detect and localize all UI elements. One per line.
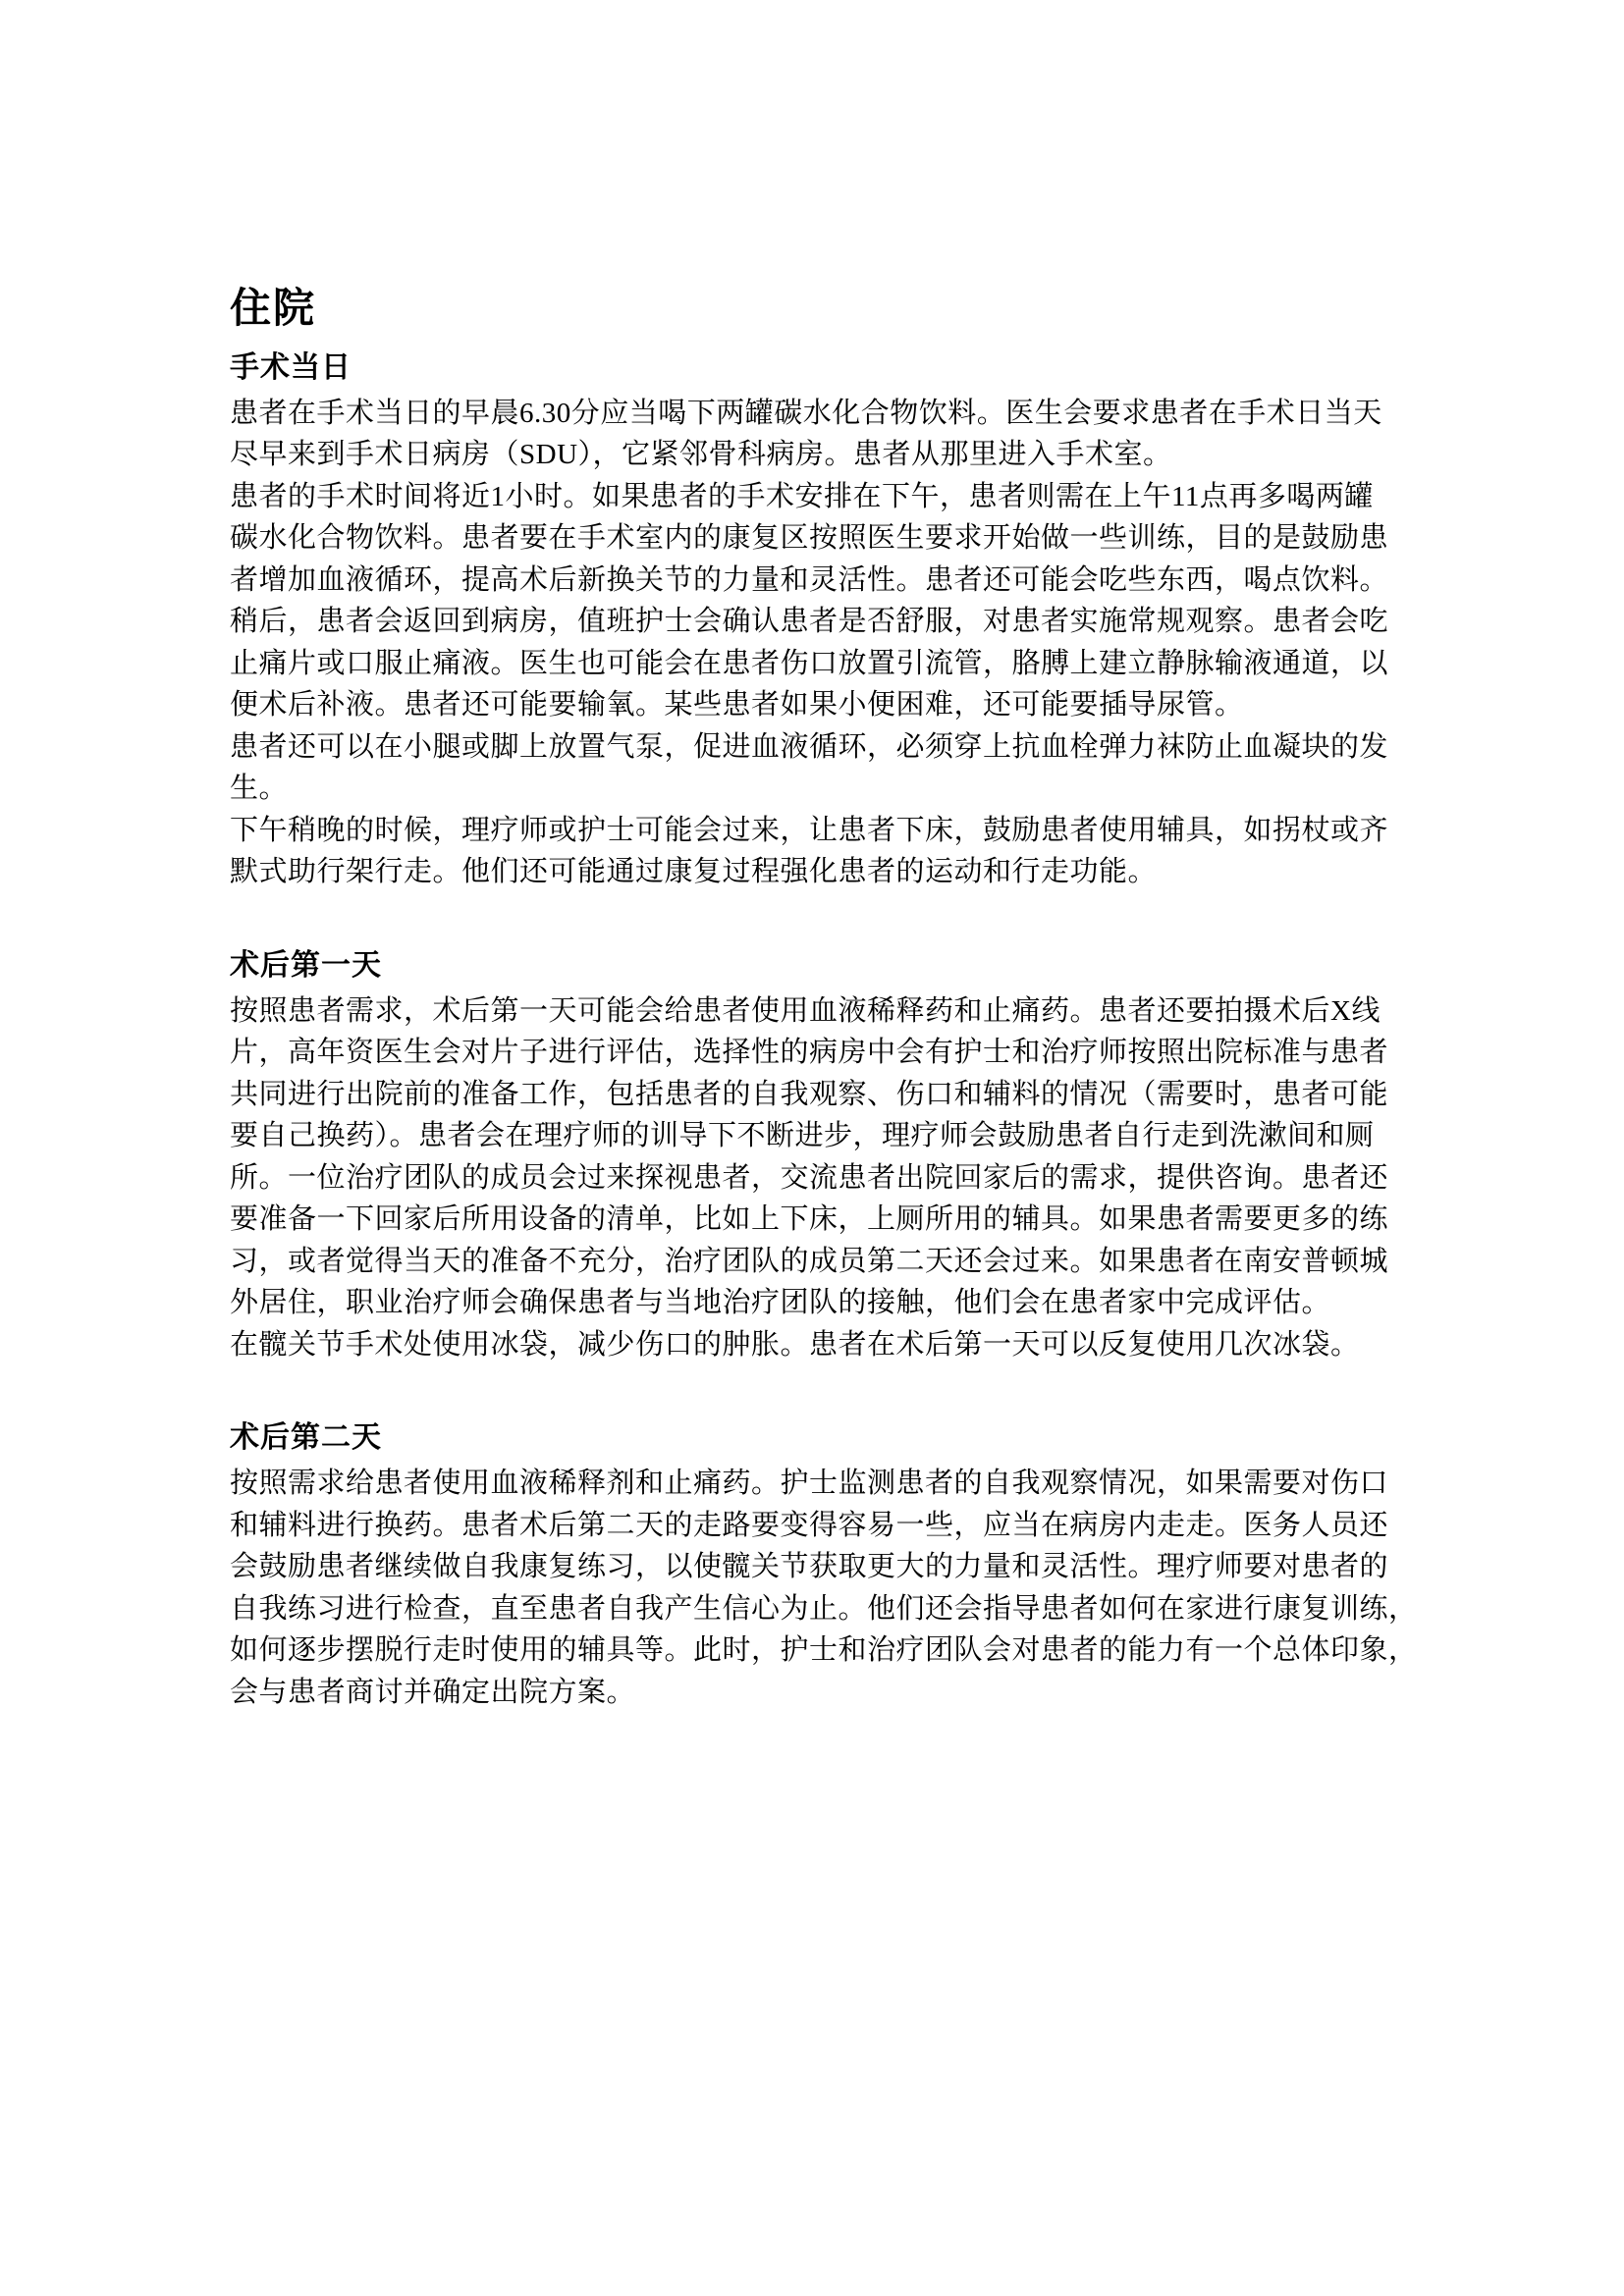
section-heading: 术后第二天: [230, 1420, 1404, 1456]
text-line: 默式助行架行走。他们还可能通过康复过程强化患者的运动和行走功能。: [230, 851, 1404, 893]
section-heading: 手术当日: [230, 350, 1404, 386]
text-line: 所。一位治疗团队的成员会过来探视患者，交流患者出院回家后的需求，提供咨询。患者还: [230, 1157, 1404, 1200]
section-body: 按照需求给患者使用血液稀释剂和止痛药。护士监测患者的自我观察情况，如果需要对伤口…: [230, 1463, 1404, 1713]
document-content: 住院 手术当日患者在手术当日的早晨6.30分应当喝下两罐碳水化合物饮料。医生会要…: [230, 283, 1404, 1768]
text-line: 患者还可以在小腿或脚上放置气泵，促进血液循环，必须穿上抗血栓弹力袜防止血凝块的发: [230, 726, 1404, 769]
sections-container: 手术当日患者在手术当日的早晨6.30分应当喝下两罐碳水化合物饮料。医生会要求患者…: [230, 350, 1404, 1714]
text-line: 片，高年资医生会对片子进行评估，选择性的病房中会有护士和治疗师按照出院标准与患者: [230, 1032, 1404, 1074]
text-line: 要准备一下回家后所用设备的清单，比如上下床，上厕所用的辅具。如果患者需要更多的练: [230, 1199, 1404, 1241]
section: 术后第二天按照需求给患者使用血液稀释剂和止痛药。护士监测患者的自我观察情况，如果…: [230, 1420, 1404, 1713]
text-line: 生。: [230, 768, 1404, 810]
text-line: 碳水化合物饮料。患者要在手术室内的康复区按照医生要求开始做一些训练，目的是鼓励患: [230, 517, 1404, 560]
text-line: 尽早来到手术日病房（SDU），它紧邻骨科病房。患者从那里进入手术室。: [230, 434, 1404, 476]
text-line: 和辅料进行换药。患者术后第二天的走路要变得容易一些，应当在病房内走走。医务人员还: [230, 1505, 1404, 1547]
text-line: 要自己换药）。患者会在理疗师的训导下不断进步，理疗师会鼓励患者自行走到洗漱间和厕: [230, 1115, 1404, 1157]
text-line: 下午稍晚的时候，理疗师或护士可能会过来，让患者下床，鼓励患者使用辅具，如拐杖或齐: [230, 810, 1404, 852]
text-line: 患者在手术当日的早晨6.30分应当喝下两罐碳水化合物饮料。医生会要求患者在手术日…: [230, 393, 1404, 435]
document-page: 住院 手术当日患者在手术当日的早晨6.30分应当喝下两罐碳水化合物饮料。医生会要…: [0, 0, 1624, 2296]
text-line: 稍后，患者会返回到病房，值班护士会确认患者是否舒服，对患者实施常规观察。患者会吃: [230, 601, 1404, 643]
text-line: 习，或者觉得当天的准备不充分，治疗团队的成员第二天还会过来。如果患者在南安普顿城: [230, 1241, 1404, 1283]
section: 术后第一天按照患者需求，术后第一天可能会给患者使用血液稀释药和止痛药。患者还要拍…: [230, 948, 1404, 1366]
text-line: 在髋关节手术处使用冰袋，减少伤口的肿胀。患者在术后第一天可以反复使用几次冰袋。: [230, 1324, 1404, 1366]
text-line: 共同进行出院前的准备工作，包括患者的自我观察、伤口和辅料的情况（需要时，患者可能: [230, 1074, 1404, 1116]
text-line: 患者的手术时间将近1小时。如果患者的手术安排在下午，患者则需在上午11点再多喝两…: [230, 476, 1404, 518]
section-body: 患者在手术当日的早晨6.30分应当喝下两罐碳水化合物饮料。医生会要求患者在手术日…: [230, 393, 1404, 893]
document-title: 住院: [230, 283, 1404, 335]
text-line: 自我练习进行检查，直至患者自我产生信心为止。他们还会指导患者如何在家进行康复训练…: [230, 1588, 1404, 1630]
text-line: 外居住，职业治疗师会确保患者与当地治疗团队的接触，他们会在患者家中完成评估。: [230, 1282, 1404, 1324]
text-line: 止痛片或口服止痛液。医生也可能会在患者伤口放置引流管，胳膊上建立静脉输液通道，以: [230, 643, 1404, 685]
text-line: 如何逐步摆脱行走时使用的辅具等。此时，护士和治疗团队会对患者的能力有一个总体印象…: [230, 1629, 1404, 1672]
text-line: 按照需求给患者使用血液稀释剂和止痛药。护士监测患者的自我观察情况，如果需要对伤口: [230, 1463, 1404, 1505]
section-heading: 术后第一天: [230, 948, 1404, 984]
text-line: 便术后补液。患者还可能要输氧。某些患者如果小便困难，还可能要插导尿管。: [230, 684, 1404, 726]
text-line: 会与患者商讨并确定出院方案。: [230, 1672, 1404, 1714]
section: 手术当日患者在手术当日的早晨6.30分应当喝下两罐碳水化合物饮料。医生会要求患者…: [230, 350, 1404, 893]
section-body: 按照患者需求，术后第一天可能会给患者使用血液稀释药和止痛药。患者还要拍摄术后X线…: [230, 990, 1404, 1366]
text-line: 者增加血液循环，提高术后新换关节的力量和灵活性。患者还可能会吃些东西，喝点饮料。: [230, 560, 1404, 602]
text-line: 按照患者需求，术后第一天可能会给患者使用血液稀释药和止痛药。患者还要拍摄术后X线: [230, 990, 1404, 1033]
text-line: 会鼓励患者继续做自我康复练习，以使髋关节获取更大的力量和灵活性。理疗师要对患者的: [230, 1546, 1404, 1588]
